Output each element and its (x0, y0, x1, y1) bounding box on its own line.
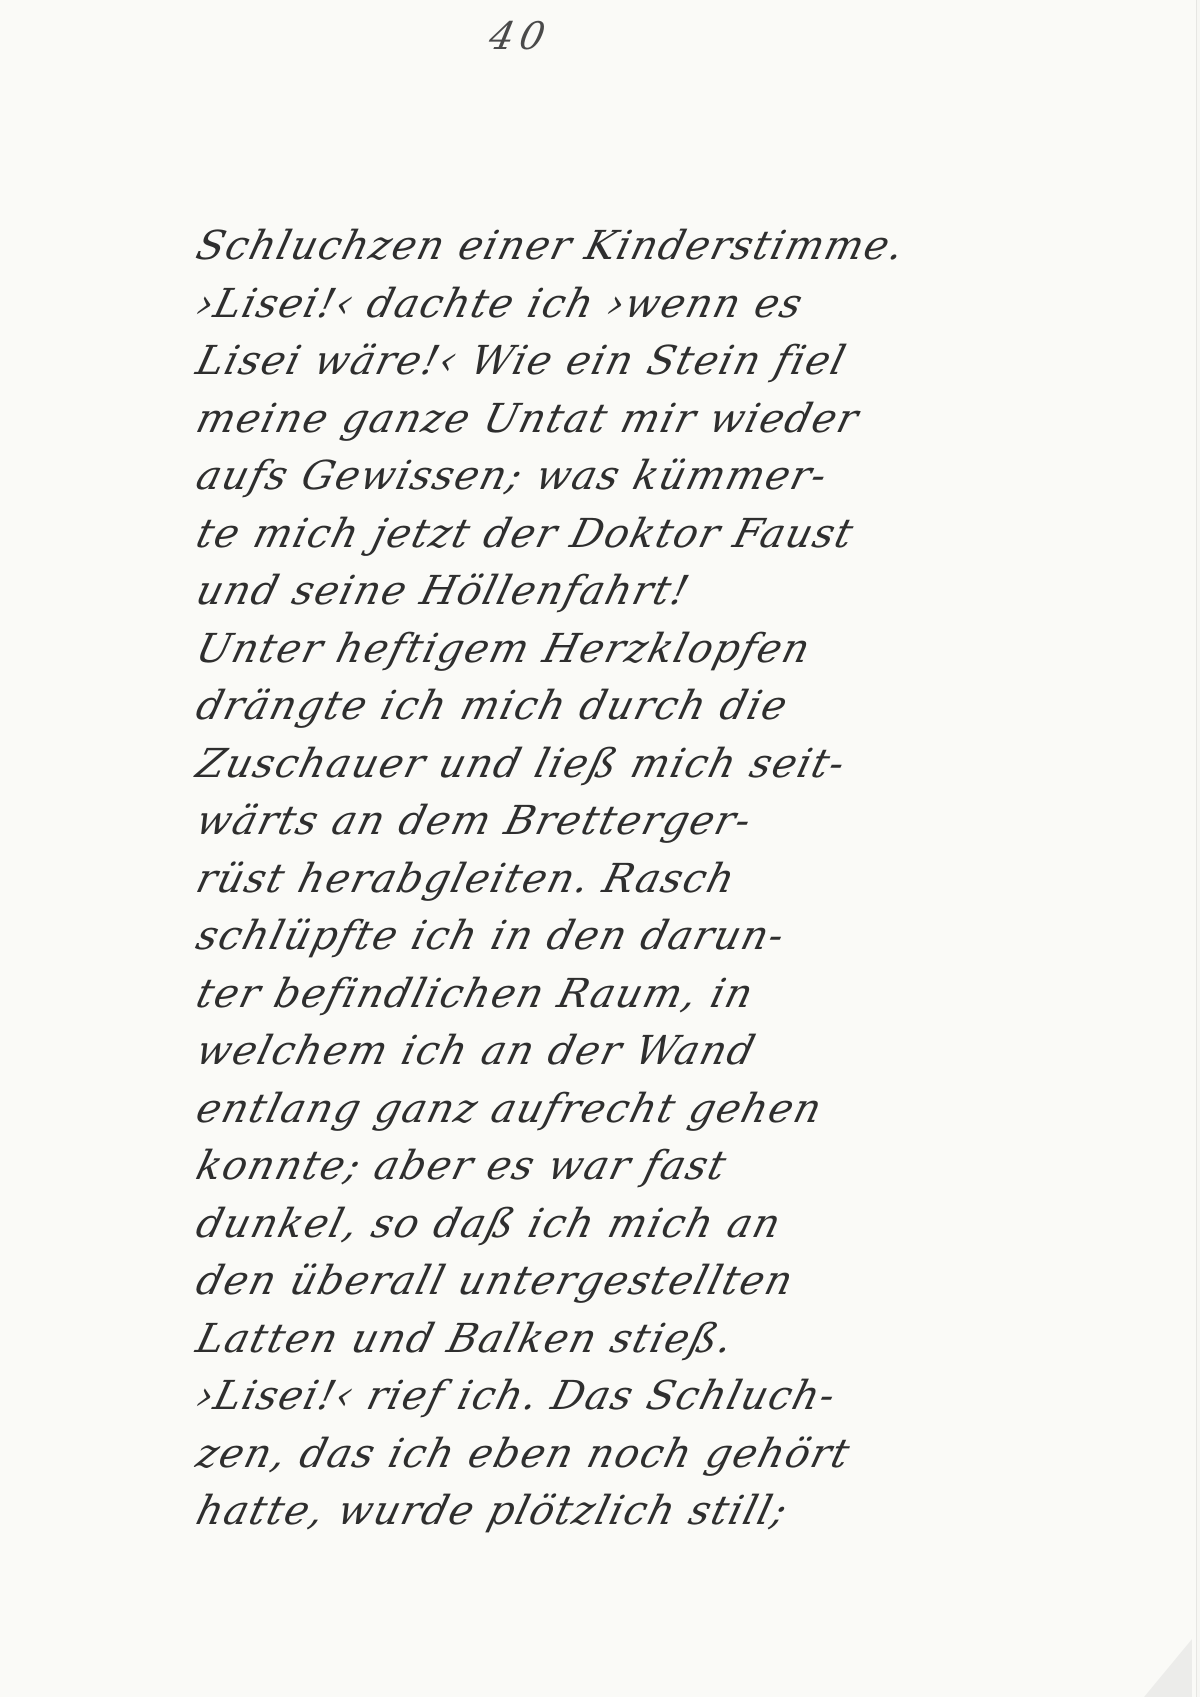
text-line: hatte, wurde plötzlich still; (190, 1483, 1064, 1541)
text-line: den überall untergestellten (190, 1253, 1064, 1311)
text-line: zen, das ich eben noch gehört (190, 1426, 1064, 1484)
text-line: dunkel, so daß ich mich an (190, 1196, 1064, 1254)
text-line: drängte ich mich durch die (190, 678, 1064, 736)
text-line: Lisei wäre!‹ Wie ein Stein fiel (190, 333, 1064, 391)
text-line: ›Lisei!‹ dachte ich ›wenn es (190, 276, 1064, 334)
folded-corner (1144, 1639, 1192, 1697)
text-line: meine ganze Untat mir wieder (190, 391, 1064, 449)
text-line: Latten und Balken stieß. (190, 1311, 1064, 1369)
text-line: Schluchzen einer Kinderstimme. (190, 218, 1064, 276)
page-number: 40 (485, 14, 555, 58)
text-line: welchem ich an der Wand (190, 1023, 1064, 1081)
text-line: aufs Gewissen; was kümmer- (190, 448, 1064, 506)
text-line: ›Lisei!‹ rief ich. Das Schluch- (190, 1368, 1064, 1426)
text-line: konnte; aber es war fast (190, 1138, 1064, 1196)
text-line: rüst herabgleiten. Rasch (190, 851, 1064, 909)
text-line: entlang ganz aufrecht gehen (190, 1081, 1064, 1139)
text-line: te mich jetzt der Doktor Faust (190, 506, 1064, 564)
text-line: wärts an dem Bretterger- (190, 793, 1064, 851)
text-line: Zuschauer und ließ mich seit- (190, 736, 1064, 794)
text-line: ter befindlichen Raum, in (190, 966, 1064, 1024)
text-line: schlüpfte ich in den darun- (190, 908, 1064, 966)
text-line: und seine Höllenfahrt! (190, 563, 1064, 621)
handwritten-text-block: Schluchzen einer Kinderstimme. ›Lisei!‹ … (190, 218, 1050, 1541)
manuscript-page: 40 Schluchzen einer Kinderstimme. ›Lisei… (0, 0, 1197, 1697)
text-line: Unter heftigem Herzklopfen (190, 621, 1064, 679)
